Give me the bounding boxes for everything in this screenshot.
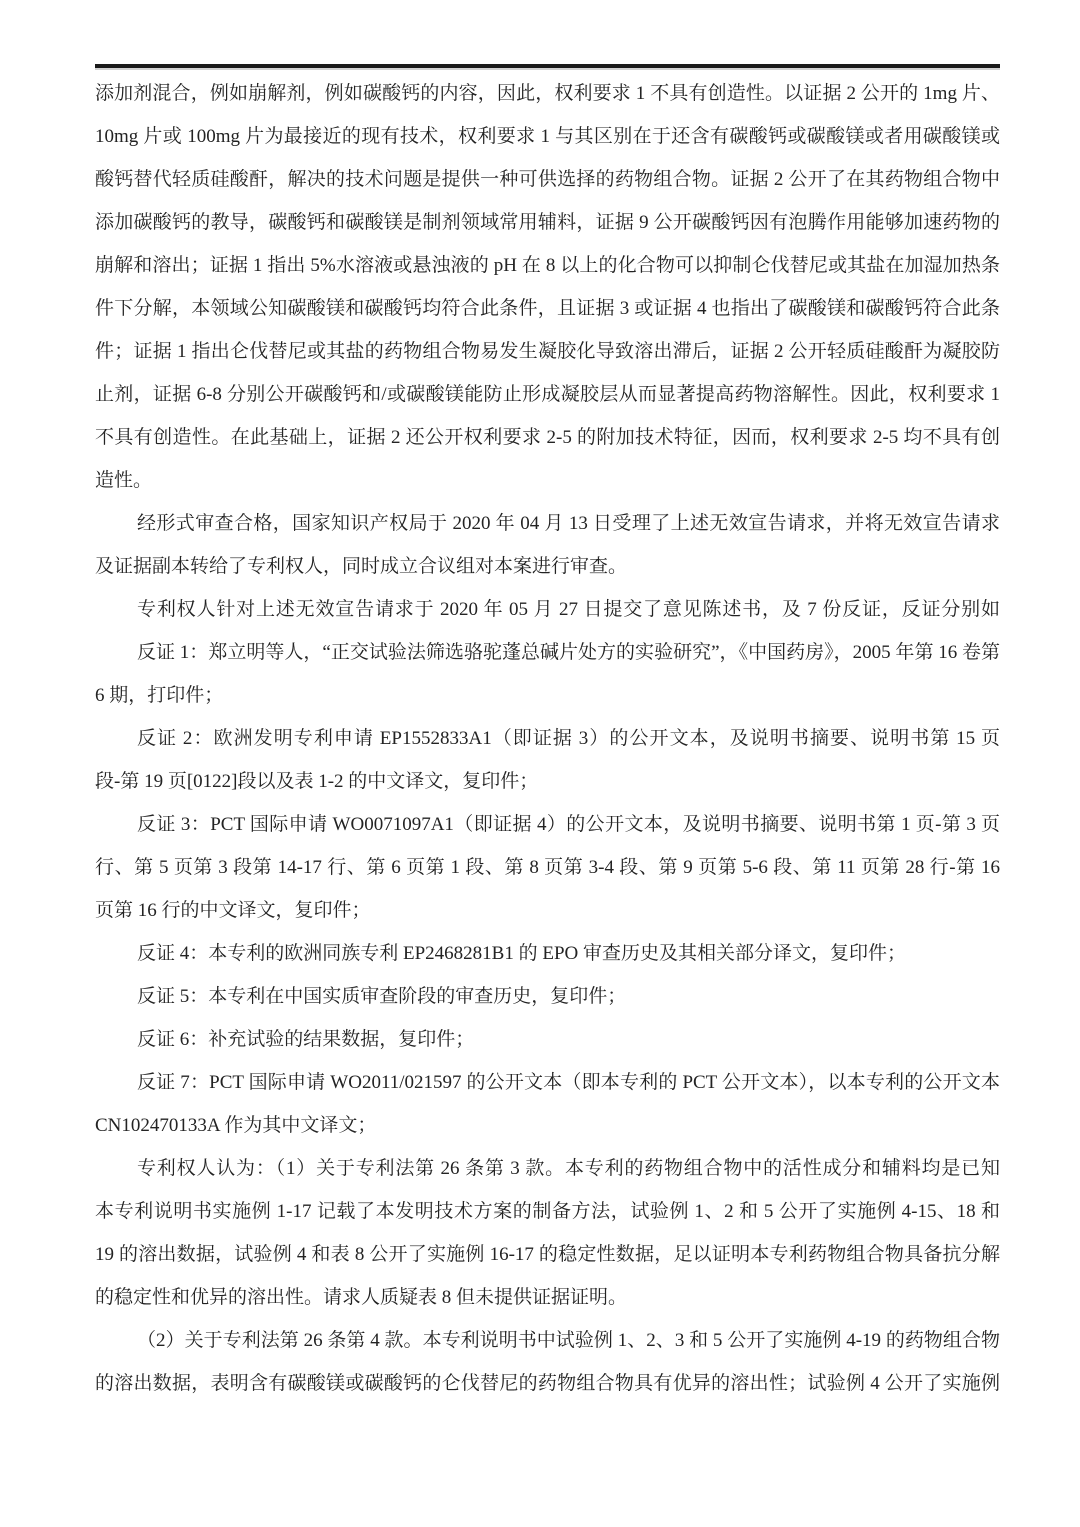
text-line: 造性。 [95,459,1000,502]
text-line: 反证 2：欧洲发明专利申请 EP1552833A1（即证据 3）的公开文本，及说… [95,717,1000,760]
text-line: 崩解和溶出；证据 1 指出 5%水溶液或悬浊液的 pH 在 8 以上的化合物可以… [95,244,1000,287]
text-line: 反证 6：补充试验的结果数据，复印件； [95,1018,1000,1061]
text-line: 反证 7：PCT 国际申请 WO2011/021597 的公开文本（即本专利的 … [95,1061,1000,1104]
text-line: 止剂，证据 6-8 分别公开碳酸钙和/或碳酸镁能防止形成凝胶层从而显著提高药物溶… [95,373,1000,416]
text-line: 件；证据 1 指出仑伐替尼或其盐的药物组合物易发生凝胶化导致溶出滞后，证据 2 … [95,330,1000,373]
text-line: 添加碳酸钙的教导，碳酸钙和碳酸镁是制剂领域常用辅料，证据 9 公开碳酸钙因有泡腾… [95,201,1000,244]
text-line: 10mg 片或 100mg 片为最接近的现有技术，权利要求 1 与其区别在于还含… [95,115,1000,158]
text-line: 段-第 19 页[0122]段以及表 1-2 的中文译文，复印件； [95,760,1000,803]
section-divider-rule [95,64,1000,68]
text-line: 19 的溶出数据，试验例 4 和表 8 公开了实施例 16-17 的稳定性数据，… [95,1233,1000,1276]
document-text: 添加剂混合，例如崩解剂，例如碳酸钙的内容，因此，权利要求 1 不具有创造性。以证… [95,72,1000,1405]
text-line: CN102470133A 作为其中文译文； [95,1104,1000,1147]
text-line: 反证 5：本专利在中国实质审查阶段的审查历史，复印件； [95,975,1000,1018]
text-line: 不具有创造性。在此基础上，证据 2 还公开权利要求 2-5 的附加技术特征，因而… [95,416,1000,459]
text-line: 页第 16 行的中文译文，复印件； [95,889,1000,932]
text-line: 添加剂混合，例如崩解剂，例如碳酸钙的内容，因此，权利要求 1 不具有创造性。以证… [95,72,1000,115]
text-line: 6 期，打印件； [95,674,1000,717]
text-line: 反证 4：本专利的欧洲同族专利 EP2468281B1 的 EPO 审查历史及其… [95,932,1000,975]
text-line: 反证 1：郑立明等人，“正交试验法筛选骆驼蓬总碱片处方的实验研究”，《中国药房》… [95,631,1000,674]
text-line: 本专利说明书实施例 1-17 记载了本发明技术方案的制备方法，试验例 1、2 和… [95,1190,1000,1233]
text-line: 专利权人认为：（1）关于专利法第 26 条第 3 款。本专利的药物组合物中的活性… [95,1147,1000,1190]
text-line: 及证据副本转给了专利权人，同时成立合议组对本案进行审查。 [95,545,1000,588]
text-line: 的溶出数据，表明含有碳酸镁或碳酸钙的仑伐替尼的药物组合物具有优异的溶出性；试验例… [95,1362,1000,1405]
document-page: 添加剂混合，例如崩解剂，例如碳酸钙的内容，因此，权利要求 1 不具有创造性。以证… [0,0,1080,1527]
text-line: 专利权人针对上述无效宣告请求于 2020 年 05 月 27 日提交了意见陈述书… [95,588,1000,631]
text-line: 行、第 5 页第 3 段第 14-17 行、第 6 页第 1 段、第 8 页第 … [95,846,1000,889]
text-line: （2）关于专利法第 26 条第 4 款。本专利说明书中试验例 1、2、3 和 5… [95,1319,1000,1362]
text-line: 反证 3：PCT 国际申请 WO0071097A1（即证据 4）的公开文本，及说… [95,803,1000,846]
text-line: 经形式审查合格，国家知识产权局于 2020 年 04 月 13 日受理了上述无效… [95,502,1000,545]
text-line: 件下分解，本领域公知碳酸镁和碳酸钙均符合此条件，且证据 3 或证据 4 也指出了… [95,287,1000,330]
text-line: 的稳定性和优异的溶出性。请求人质疑表 8 但未提供证据证明。 [95,1276,1000,1319]
text-line: 酸钙替代轻质硅酸酐，解决的技术问题是提供一种可供选择的药物组合物。证据 2 公开… [95,158,1000,201]
